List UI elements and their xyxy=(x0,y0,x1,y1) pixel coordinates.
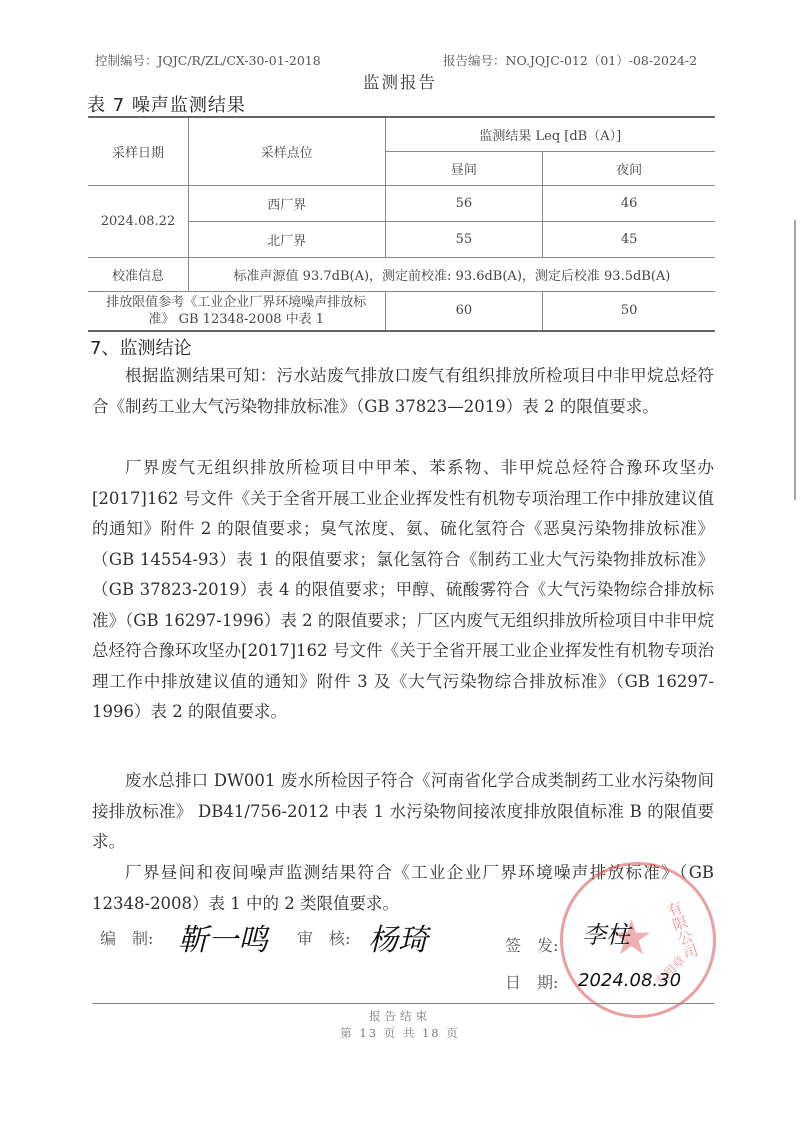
table-row: 2024.08.22 西厂界 56 46 xyxy=(88,185,715,221)
limit-reference-line1: 排放限值参考《工业企业厂界环境噪声排放标 xyxy=(88,294,385,311)
report-title: 监测报告 xyxy=(0,69,800,93)
table-caption: 表 7 噪声监测结果 xyxy=(87,91,246,117)
sampling-date-cell: 2024.08.22 xyxy=(88,185,188,257)
location-cell: 北厂界 xyxy=(188,221,385,257)
conclusion-paragraph-3: 废水总排口 DW001 废水所检因子符合《河南省化学合成类制药工业水污染物间接排… xyxy=(92,766,714,858)
conclusion-paragraph-2: 厂界废气无组织排放所检项目中甲苯、苯系物、非甲烷总烃符合豫环攻坚办[2017]1… xyxy=(92,453,714,728)
conclusion-heading: 7、监测结论 xyxy=(90,334,191,360)
header-daytime: 昼间 xyxy=(385,151,543,185)
header-result-group: 监测结果 Leq [dB（A）] xyxy=(385,117,715,151)
calibration-row: 校准信息 标准声源值 93.7dB(A)，测定前校准: 93.6dB(A)，测定… xyxy=(88,257,715,291)
day-value-cell: 56 xyxy=(385,185,543,221)
limit-reference-line2: 准》 GB 12348-2008 中表 1 xyxy=(88,311,385,328)
header-sampling-date: 采样日期 xyxy=(88,117,188,185)
conclusion-paragraph-1: 根据监测结果可知：污水站废气排放口废气有组织排放所检项目中非甲烷总烃符合《制药工… xyxy=(92,361,714,422)
prepared-by-label: 编 制: xyxy=(100,926,153,949)
day-value-cell: 55 xyxy=(385,221,543,257)
reviewed-by-signature: 杨琦 xyxy=(368,915,428,959)
limit-night-value: 50 xyxy=(543,291,715,331)
night-value-cell: 46 xyxy=(543,185,715,221)
header-nighttime: 夜间 xyxy=(543,151,715,185)
limit-row: 排放限值参考《工业企业厂界环境噪声排放标 准》 GB 12348-2008 中表… xyxy=(88,291,715,331)
noise-results-table: 采样日期 采样点位 监测结果 Leq [dB（A）] 昼间 夜间 2024.08… xyxy=(88,116,715,332)
header-sampling-location: 采样点位 xyxy=(188,117,385,185)
limit-reference: 排放限值参考《工业企业厂界环境噪声排放标 准》 GB 12348-2008 中表… xyxy=(88,291,385,331)
prepared-by-signature: 靳一鸣 xyxy=(178,915,268,959)
location-cell: 西厂界 xyxy=(188,185,385,221)
issued-by-signature: 李柱 xyxy=(582,915,630,950)
issued-by-label: 签 发: xyxy=(505,933,558,956)
reviewed-by-label: 审 核: xyxy=(297,926,350,949)
scan-edge xyxy=(794,220,796,500)
signed-date: 2024.08.30 xyxy=(578,970,681,991)
date-label: 日 期: xyxy=(505,970,558,993)
night-value-cell: 45 xyxy=(543,221,715,257)
page-number: 第 13 页 共 18 页 xyxy=(0,1025,800,1041)
report-end-text: 报告结束 xyxy=(0,1008,800,1024)
footer-divider xyxy=(92,1003,714,1004)
calibration-value: 标准声源值 93.7dB(A)，测定前校准: 93.6dB(A)，测定后校准 9… xyxy=(188,257,715,291)
calibration-label: 校准信息 xyxy=(88,257,188,291)
limit-day-value: 60 xyxy=(385,291,543,331)
report-number: 报告编号：NO.JQJC-012（01）-08-2024-2 xyxy=(443,51,697,69)
control-number: 控制编号：JQJC/R/ZL/CX-30-01-2018 xyxy=(95,51,321,69)
